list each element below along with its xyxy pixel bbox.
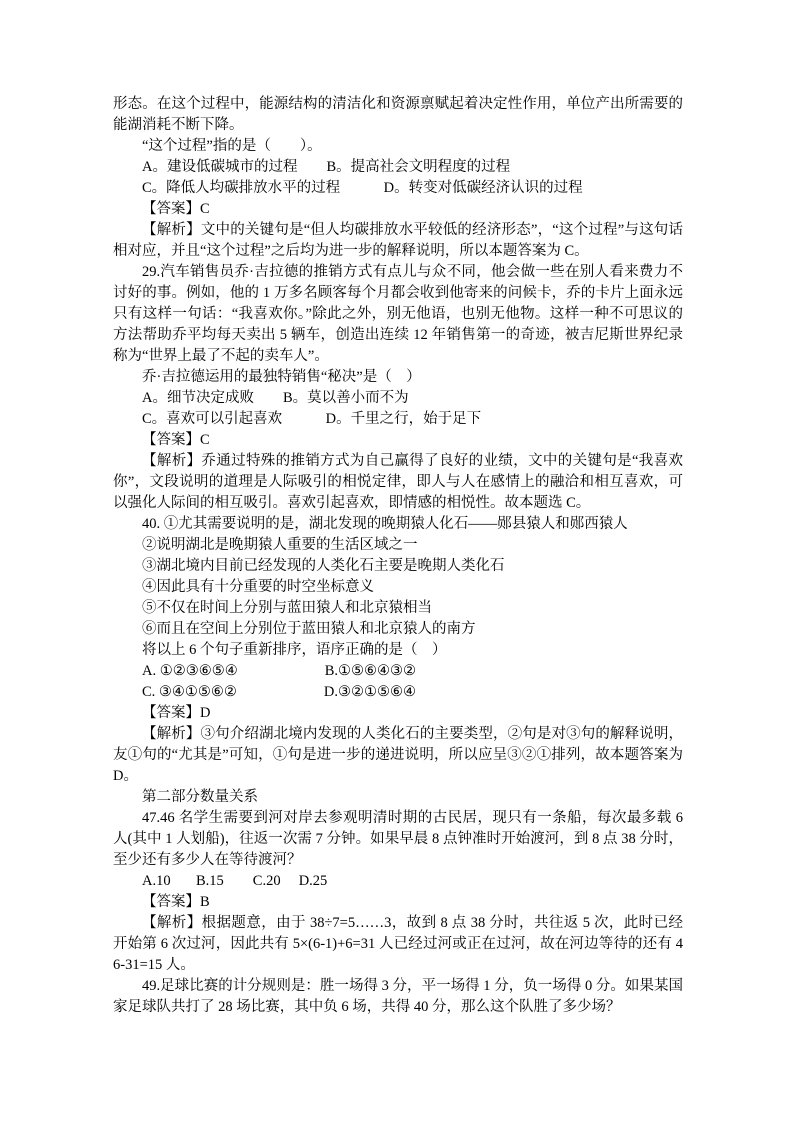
section-heading: 第二部分数量关系 (113, 787, 683, 808)
sentence-item: ②说明湖北是晚期猿人重要的生活区域之一 (113, 535, 683, 556)
answer-line: 【答案】C (113, 430, 683, 451)
question-stem: 将以上 6 个句子重新排序，语序正确的是（ ） (113, 640, 683, 661)
option-row: A。细节决定成败 B。莫以善小而不为 (113, 388, 683, 409)
option-row: A. ①②③⑥⑤④ B.①⑤⑥④③② (113, 661, 683, 682)
sentence-item: ④因此具有十分重要的时空坐标意义 (113, 577, 683, 598)
sentence-item: 40. ①尤其需要说明的是，湖北发现的晚期猿人化石——郧县猿人和郧西猿人 (113, 514, 683, 535)
option-row: C. ③④①⑤⑥② D.③②①⑤⑥④ (113, 682, 683, 703)
document-page: 形态。在这个过程中，能源结构的清洁化和资源禀赋起着决定性作用，单位产出所需要的能… (0, 0, 794, 1123)
content-area: 形态。在这个过程中，能源结构的清洁化和资源禀赋起着决定性作用，单位产出所需要的能… (113, 94, 683, 1018)
question-stem: 47.46 名学生需要到河对岸去参观明清时期的古民居，现只有一条船，每次最多载 … (113, 808, 683, 871)
analysis-paragraph: 【解析】文中的关键句是“但人均碳排放水平较低的经济形态”，“这个过程”与这句话相… (113, 220, 683, 262)
sentence-item: ⑥而且在空间上分别位于蓝田猿人和北京猿人的南方 (113, 619, 683, 640)
question-stem: 49.足球比赛的计分规则是：胜一场得 3 分，平一场得 1 分，负一场得 0 分… (113, 976, 683, 1018)
body-text: 形态。在这个过程中，能源结构的清洁化和资源禀赋起着决定性作用，单位产出所需要的能… (113, 94, 683, 136)
question-stem: 29.汽车销售员乔·吉拉德的推销方式有点儿与众不同，他会做一些在别人看来费力不讨… (113, 262, 683, 367)
question-stem: “这个过程”指的是（ ）。 (113, 136, 683, 157)
answer-line: 【答案】B (113, 892, 683, 913)
sentence-item: ⑤不仅在时间上分别与蓝田猿人和北京猿相当 (113, 598, 683, 619)
option-row: A。建设低碳城市的过程 B。提高社会文明程度的过程 (113, 157, 683, 178)
question-stem: 乔·吉拉德运用的最独特销售“秘决”是（ ） (113, 367, 683, 388)
analysis-paragraph: 【解析】③句介绍湖北境内发现的人类化石的主要类型，②句是对③句的解释说明，友①句… (113, 724, 683, 787)
answer-line: 【答案】D (113, 703, 683, 724)
sentence-item: ③湖北境内目前已经发现的人类化石主要是晚期人类化石 (113, 556, 683, 577)
option-row: A.10 B.15 C.20 D.25 (113, 871, 683, 892)
analysis-paragraph: 【解析】乔通过特殊的推销方式为自己赢得了良好的业绩，文中的关键句是“我喜欢你”，… (113, 451, 683, 514)
option-row: C。喜欢可以引起喜欢 D。千里之行，始于足下 (113, 409, 683, 430)
answer-line: 【答案】C (113, 199, 683, 220)
analysis-paragraph: 【解析】根据题意，由于 38÷7=5……3，故到 8 点 38 分时，共往返 5… (113, 913, 683, 976)
option-row: C。降低人均碳排放水平的过程 D。转变对低碳经济认识的过程 (113, 178, 683, 199)
